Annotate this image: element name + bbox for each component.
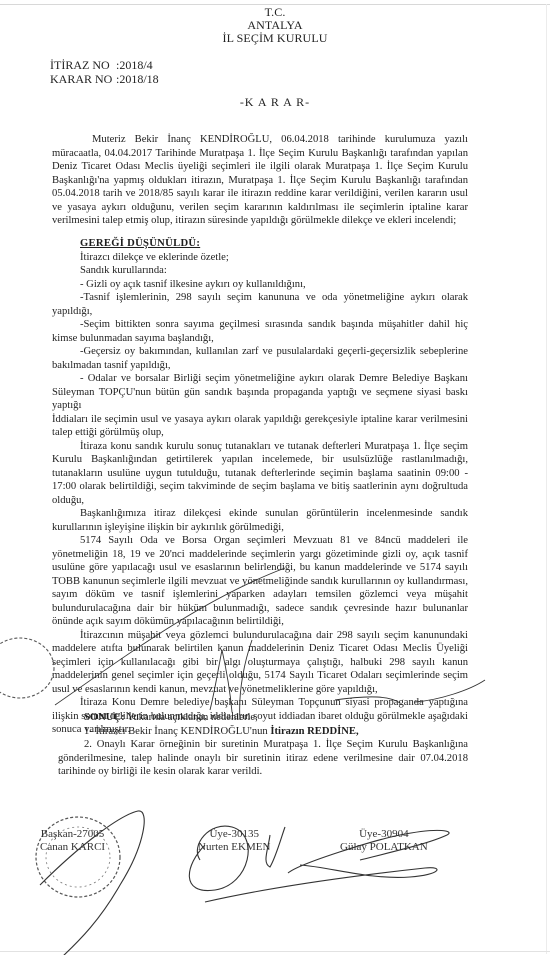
finding-paragraph: Başkanlığımıza itiraz dilekçesi ekinde s…	[52, 507, 468, 534]
considerations-heading: GEREĞİ DÜŞÜNÜLDÜ:	[52, 237, 468, 251]
considerations-line: Sandık kurullarında:	[52, 264, 468, 278]
considerations-section: GEREĞİ DÜŞÜNÜLDÜ: İtirazcı dilekçe ve ek…	[52, 237, 468, 737]
finding-paragraph: 5174 Sayılı Oda ve Borsa Organ seçimleri…	[52, 534, 468, 629]
header-institution: İL SEÇİM KURULU	[0, 32, 550, 45]
conclusion-section: SONUÇ: Yukarıda açıklanan nedenlerle, 1-…	[58, 711, 468, 779]
considerations-line: - Gizli oy açık tasnif ilkesine aykırı o…	[52, 278, 468, 292]
conclusion-item-1: 1- İtirazcı Bekir İnanç KENDİROĞLU'nun İ…	[58, 725, 468, 739]
signature-president: Başkan-27005 Canan KARCI	[40, 828, 105, 854]
conclusion-item-2: 2. Onaylı Karar örneğinin bir suretinin …	[58, 738, 468, 779]
signature-block: Başkan-27005 Canan KARCI Üye-30135 Nurte…	[0, 805, 550, 935]
decision-number-row: KARAR NO :2018/18	[50, 72, 159, 86]
decision-number-label: KARAR NO	[50, 72, 116, 86]
objection-number-row: İTİRAZ NO :2018/4	[50, 58, 159, 72]
claim-item: -Geçersiz oy bakımından, kullanılan zarf…	[52, 345, 468, 372]
claim-item: -Seçim bittikten sonra sayıma geçilmesi …	[52, 318, 468, 345]
rejection-verdict: İtirazın REDDİNE,	[270, 726, 358, 737]
conclusion-heading: SONUÇ: Yukarıda açıklanan nedenlerle,	[58, 711, 468, 725]
claim-summary: İddiaları ile seçimin usul ve yasaya ayk…	[52, 413, 468, 440]
finding-paragraph: İtiraza konu sandık kurulu sonuç tutanak…	[52, 440, 468, 508]
considerations-line: İtirazcı dilekçe ve eklerinde özetle;	[52, 251, 468, 265]
claim-item: -Tasnif işlemlerinin, 298 sayılı seçim k…	[52, 291, 468, 318]
document-title: -K A R A R-	[0, 95, 550, 110]
signatory-role: Başkan-27005	[40, 828, 105, 841]
objection-number-value: :2018/4	[116, 58, 153, 72]
signatory-name: Nurten EKMEN	[198, 841, 270, 854]
signatory-role: Üye-30135	[198, 828, 270, 841]
signatory-role: Üye-30904	[340, 828, 428, 841]
claim-item: - Odalar ve borsalar Birliği seçim yönet…	[52, 372, 468, 413]
reference-numbers: İTİRAZ NO :2018/4 KARAR NO :2018/18	[50, 58, 159, 86]
objection-number-label: İTİRAZ NO	[50, 58, 116, 72]
intro-paragraph: Muteriz Bekir İnanç KENDİROĞLU, 06.04.20…	[52, 133, 468, 228]
page-bottom-border	[0, 951, 550, 952]
decision-document: T.C. ANTALYA İL SEÇİM KURULU İTİRAZ NO :…	[0, 0, 550, 960]
conclusion-label: SONUÇ:	[84, 712, 125, 723]
conclusion-item-1-text: 1- İtirazcı Bekir İnanç KENDİROĞLU'nun	[84, 726, 270, 737]
signature-member-2: Üye-30904 Gülay POLATKAN	[340, 828, 428, 854]
intro-section: Muteriz Bekir İnanç KENDİROĞLU, 06.04.20…	[52, 133, 468, 228]
signatory-name: Canan KARCI	[40, 841, 105, 854]
decision-number-value: :2018/18	[116, 72, 159, 86]
document-header: T.C. ANTALYA İL SEÇİM KURULU	[0, 6, 550, 45]
finding-paragraph: İtirazcının müşahit veya gözlemci bulund…	[52, 629, 468, 697]
signature-member-1: Üye-30135 Nurten EKMEN	[198, 828, 270, 854]
conclusion-intro: Yukarıda açıklanan nedenlerle,	[125, 712, 258, 723]
signatory-name: Gülay POLATKAN	[340, 841, 428, 854]
